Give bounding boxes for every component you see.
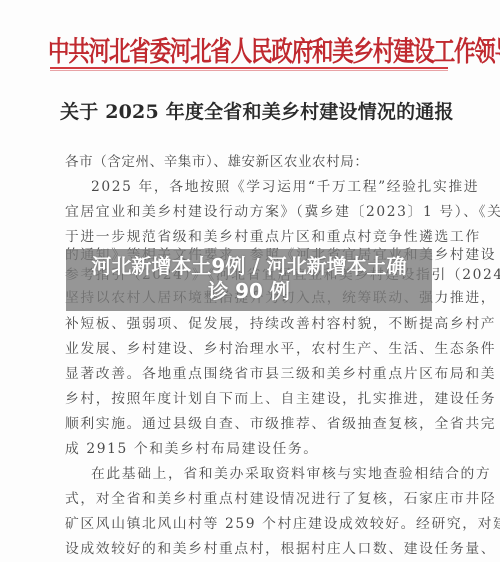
headline-caption-line-1: 河北新增本土9例 / 河北新增本土确 — [66, 254, 432, 279]
paragraph-2-line-2: 式，对全省和美乡村重点村建设情况进行了复核，石家庄市井陉 — [65, 491, 435, 507]
salutation: 各市（含定州、辛集市）、雄安新区农业农村局： — [65, 150, 368, 170]
document-page: 中共河北省委河北省人民政府和美乡村建设工作领导小组办公室 关于 2025 年度全… — [0, 0, 500, 562]
header-red-rule — [50, 67, 448, 69]
paragraph-1-line-9: 显著改善。各地重点围绕省市县三级和美乡村重点片区布局和美 — [65, 366, 435, 382]
paragraph-1-line-10: 乡村，按照年度计划自下而上、自主建设，扎实推进，建设任务 — [65, 391, 435, 407]
paragraph-1-line-1: 2025 年，各地按照《学习运用“千万工程”经验扎实推进 — [91, 179, 435, 195]
header-red-rule-thin — [50, 70, 448, 71]
paragraph-1-line-2: 宜居宜业和美乡村建设行动方案》（冀乡建〔2023〕1 号）、《关 — [65, 204, 435, 220]
paragraph-2-line-1: 在此基础上，省和美办采取资料审核与实地查验相结合的方 — [91, 466, 435, 482]
paragraph-1-line-12: 成 2915 个和美乡村布局建设任务。 — [65, 441, 435, 457]
paragraph-1-line-7: 补短板、强弱项、促发展，持续改善村容村貌，不断提高乡村产 — [65, 316, 435, 332]
document-title: 关于 2025 年度全省和美乡村建设情况的通报 — [60, 97, 440, 124]
headline-caption-line-2: 诊 90 例 — [66, 279, 432, 304]
headline-caption-overlay: 河北新增本土9例 / 河北新增本土确 诊 90 例 — [66, 249, 432, 311]
paragraph-1-line-3: 于进一步规范省级和美乡村重点片区和重点村竞争性遴选工作 — [65, 229, 435, 245]
paragraph-1-line-11: 顺利实施。通过县级自查、市级推荐、省级抽查复核，全省共完 — [65, 416, 435, 432]
headline-caption-text: 河北新增本土9例 / 河北新增本土确 诊 90 例 — [66, 249, 432, 304]
paragraph-2-line-4: 设成效较好的和美乡村重点村，根据村庄人口数、建设任务量、 — [65, 541, 435, 557]
paragraph-1-line-8: 业发展、乡村建设、乡村治理水平，农村生产、生活、生态条件 — [65, 341, 435, 357]
paragraph-2-line-3: 矿区风山镇北风山村等 259 个村庄建设成效较好。经研究，对建 — [65, 516, 435, 532]
issuer-header: 中共河北省委河北省人民政府和美乡村建设工作领导小组办公室 — [48, 30, 456, 70]
